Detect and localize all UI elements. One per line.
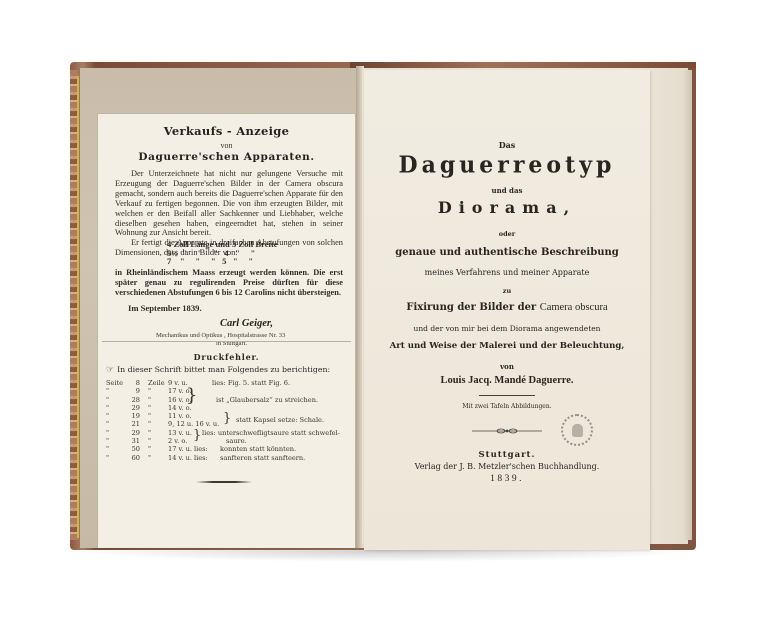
title-rule — [479, 395, 535, 396]
main-title: Daguerreotyp — [364, 151, 650, 178]
advert-signature: Carl Geiger, — [98, 318, 355, 329]
errata-zeile: Zeile — [148, 379, 165, 387]
errata-page: 31 — [124, 437, 140, 445]
ornamental-rule — [196, 481, 252, 483]
pointing-hand-icon: ☞ — [106, 365, 114, 375]
errata-zeile: " — [148, 454, 151, 462]
errata-line: 17 v. u. lies: — [168, 445, 208, 453]
second-title: Diorama, — [364, 198, 650, 217]
errata-seite: " — [106, 412, 109, 420]
errata-correction: lies: unterschwefligtsaure statt schwefe… — [202, 429, 340, 437]
library-stamp-icon — [561, 414, 593, 446]
subtitle-line-3-fraktur: Fixirung der Bilder der — [406, 302, 536, 313]
publication-year: 1839. — [364, 474, 650, 484]
errata-seite: " — [106, 396, 109, 404]
errata-zeile: " — [148, 396, 151, 404]
illustrations-note: Mit zwei Tafeln Abbildungen. — [364, 403, 650, 410]
errata-page: 19 — [124, 412, 140, 420]
advert-title: Verkaufs - Anzeige — [98, 124, 355, 138]
advert-address-1: Mechanikus und Optikus , Hospitalstrasse… — [156, 332, 285, 339]
errata-row: "29"13 v. u.lies: unterschwefligtsaure s… — [106, 429, 351, 437]
errata-title: Druckfehler. — [98, 352, 355, 362]
author-name: Louis Jacq. Mandé Daguerre. — [364, 375, 650, 386]
errata-page: 29 — [124, 429, 140, 437]
subtitle-line-5: Art und Weise der Malerei und der Beleuc… — [364, 341, 650, 351]
errata-zeile: " — [148, 445, 151, 453]
errata-page: 29 — [124, 404, 140, 412]
errata-correction: saure. — [226, 437, 247, 445]
subtitle-line-3-latin: Camera obscura — [540, 302, 608, 313]
errata-correction: konnten statt könnten. — [220, 445, 296, 453]
publication-place: Stuttgart. — [364, 450, 650, 460]
errata-zeile: " — [148, 420, 151, 428]
title-von: von — [364, 362, 650, 371]
publisher: Verlag der J. B. Metzler'schen Buchhandl… — [364, 462, 650, 471]
subtitle-line-4: und der von mir bei dem Diorama angewend… — [364, 324, 650, 333]
errata-zeile: " — [148, 437, 151, 445]
errata-row: "31"2 v. o.saure. — [106, 437, 351, 445]
errata-intro-text: In dieser Schrift bittet man Folgendes z… — [117, 365, 330, 374]
title-page: Das Daguerreotyp und das Diorama, oder g… — [364, 70, 650, 550]
page-edges — [682, 70, 692, 540]
dimensions-list: 4 Zoll Länge und 3 Zoll Breite 5½ " " " … — [115, 240, 343, 266]
subtitle-line-2: meines Verfahrens und meiner Apparate — [364, 268, 650, 277]
brace-icon: } — [223, 411, 231, 426]
brace-icon: } — [193, 428, 201, 443]
errata-zeile: " — [148, 429, 151, 437]
errata-seite: " — [106, 454, 109, 462]
brace-icon: } — [186, 385, 197, 406]
errata-seite: " — [106, 404, 109, 412]
title-oder: oder — [364, 230, 650, 238]
errata-line: 2 v. o. — [168, 437, 187, 445]
dimension-row: 7 " " " 5 " " — [115, 257, 343, 266]
errata-line: 9 v. u. — [168, 379, 188, 387]
errata-row: "9"17 v. o. — [106, 387, 351, 395]
title-das: Das — [364, 140, 650, 150]
advert-paragraph-3: in Rheinländischem Maass erzeugt werden … — [115, 268, 343, 298]
errata-zeile: " — [148, 412, 151, 420]
errata-seite: Seite — [106, 379, 123, 387]
errata-correction: statt Kapsel setze: Schale. — [236, 416, 324, 424]
left-pastedown: Verkaufs - Anzeige von Daguerre'schen Ap… — [80, 68, 364, 548]
gilt-edge-line — [77, 76, 79, 538]
errata-seite: " — [106, 437, 109, 445]
errata-seite: " — [106, 420, 109, 428]
errata-line: 14 v. u. lies: — [168, 454, 208, 462]
title-zu: zu — [364, 287, 650, 295]
advertisement-section: Verkaufs - Anzeige von Daguerre'schen Ap… — [98, 114, 355, 340]
errata-page: 8 — [124, 379, 140, 387]
errata-row: "60"14 v. u. lies:sanfteren statt sanfte… — [106, 454, 351, 462]
advert-paragraph-1: Der Unterzeichnete hat nicht nur gelunge… — [115, 169, 343, 238]
ornament-icon — [472, 428, 542, 434]
section-divider — [102, 341, 351, 342]
errata-page: 9 — [124, 387, 140, 395]
errata-row: "28"16 v. o.ist „Glaubersalz“ zu streich… — [106, 396, 351, 404]
errata-seite: " — [106, 429, 109, 437]
errata-correction: sanfteren statt sanfteern. — [220, 454, 305, 462]
errata-row: "50"17 v. u. lies:konnten statt könnten. — [106, 445, 351, 453]
subtitle-line-3: Fixirung der Bilder der Camera obscura — [364, 302, 650, 313]
errata-line: 11 v. o. — [168, 412, 192, 420]
advert-date: Im September 1839. — [128, 303, 202, 313]
errata-zeile: " — [148, 404, 151, 412]
errata-page: 28 — [124, 396, 140, 404]
errata-zeile: " — [148, 387, 151, 395]
advert-subtitle: Daguerre'schen Apparaten. — [98, 151, 355, 163]
errata-correction: ist „Glaubersalz“ zu streichen. — [216, 396, 318, 404]
errata-section: Druckfehler. ☞In dieser Schrift bittet m… — [98, 344, 355, 548]
errata-seite: " — [106, 387, 109, 395]
errata-page: 21 — [124, 420, 140, 428]
subtitle-line-1: genaue und authentische Beschreibung — [364, 247, 650, 258]
errata-table: Seite8Zeile9 v. u.lies: Fig. 5. statt Fi… — [106, 379, 351, 462]
errata-correction: lies: Fig. 5. statt Fig. 6. — [212, 379, 290, 387]
advertisement-leaf: Verkaufs - Anzeige von Daguerre'schen Ap… — [98, 114, 355, 548]
errata-intro: ☞In dieser Schrift bittet man Folgendes … — [106, 365, 351, 375]
advert-von: von — [98, 141, 355, 150]
errata-line: 13 v. u. — [168, 429, 192, 437]
title-und-das: und das — [364, 186, 650, 195]
errata-row: Seite8Zeile9 v. u.lies: Fig. 5. statt Fi… — [106, 379, 351, 387]
errata-page: 50 — [124, 445, 140, 453]
open-book: Verkaufs - Anzeige von Daguerre'schen Ap… — [70, 62, 698, 562]
errata-seite: " — [106, 445, 109, 453]
errata-page: 60 — [124, 454, 140, 462]
